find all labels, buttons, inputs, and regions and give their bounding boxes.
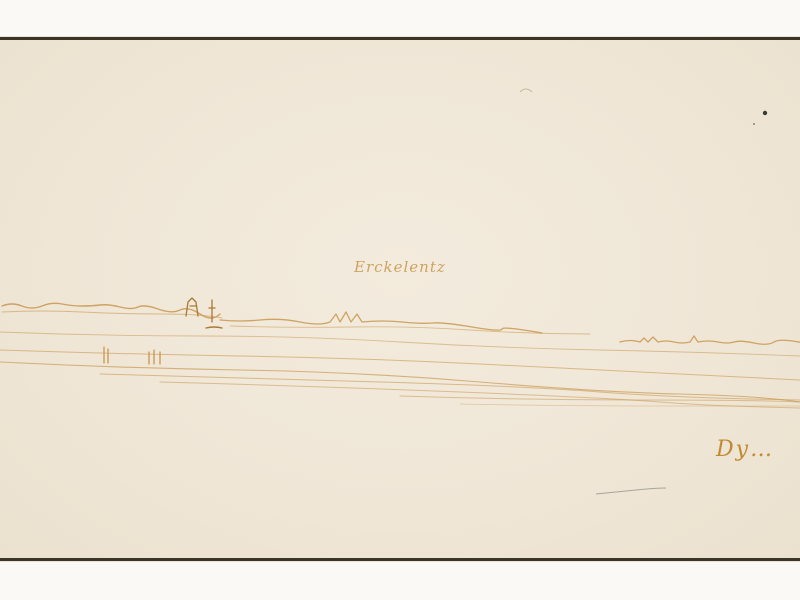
ink-landscape-drawing xyxy=(0,0,800,600)
figures-left xyxy=(104,347,108,363)
field-line xyxy=(100,374,800,400)
field-line xyxy=(0,350,800,380)
handwritten-mark-right: Dy… xyxy=(716,437,774,462)
field-line xyxy=(0,332,800,356)
handwritten-inscription: Erckelentz xyxy=(354,258,446,276)
ink-spot xyxy=(753,123,755,125)
skyline-middle xyxy=(220,312,542,333)
pencil-stroke xyxy=(596,488,666,494)
skyline-right xyxy=(620,336,800,344)
figures-right xyxy=(149,350,160,364)
ink-spot xyxy=(763,111,767,115)
